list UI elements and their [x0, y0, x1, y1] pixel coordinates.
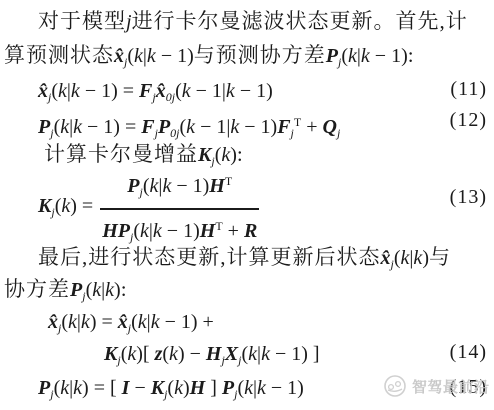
equation-13-fraction: Pj(k|k − 1)HT HPj(k|k − 1)HT + R	[100, 168, 259, 250]
paragraph2-line1: 最后,进行状态更新,计算更新后状态x̂j(k|k)与	[38, 244, 451, 277]
equation-15: Pj(k|k) = [ I − Kj(k)H ] Pj(k|k − 1)	[38, 375, 304, 407]
document-page: 对于模型j进行卡尔曼滤波状态更新。首先,计 算预测状态x̂j(k|k − 1)与…	[0, 0, 494, 410]
equation-14-line1: x̂j(k|k) = x̂j(k|k − 1) +	[48, 309, 214, 341]
equation-13: Kj(k) = Pj(k|k − 1)HT HPj(k|k − 1)HT + R	[38, 168, 259, 250]
equation-number-11: (11)	[450, 78, 487, 101]
watermark-text: 智驾最前沿	[412, 376, 490, 397]
paragraph1-line1: 对于模型j进行卡尔曼滤波状态更新。首先,计	[38, 8, 468, 35]
paragraph2-line2: 协方差Pj(k|k):	[4, 276, 128, 309]
watermark: 智驾最前沿	[383, 374, 490, 398]
fraction-numerator: Pj(k|k − 1)HT	[117, 168, 242, 208]
equation-number-12: (12)	[450, 109, 487, 132]
equation-13-lhs: Kj(k) =	[38, 193, 98, 225]
equation-number-13: (13)	[450, 186, 487, 209]
equation-14-line2: Kj(k)[ z(k) − HjXj(k|k − 1) ]	[104, 341, 320, 373]
brand-circle-icon	[383, 374, 407, 398]
equation-11: x̂j(k|k − 1) = Fjx̂0j(k − 1|k − 1)	[38, 78, 273, 110]
equation-number-14: (14)	[450, 341, 487, 364]
paragraph1-line2: 算预测状态x̂j(k|k − 1)与预测协方差Pj(k|k − 1):	[4, 42, 415, 75]
